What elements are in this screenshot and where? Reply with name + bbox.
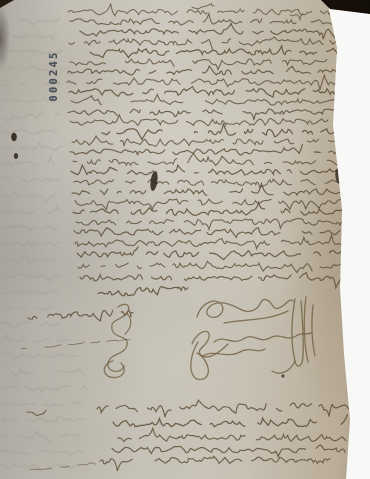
folio-stamp-number: 000245 — [48, 41, 64, 111]
manuscript-photograph: 000245 — [0, 0, 370, 479]
